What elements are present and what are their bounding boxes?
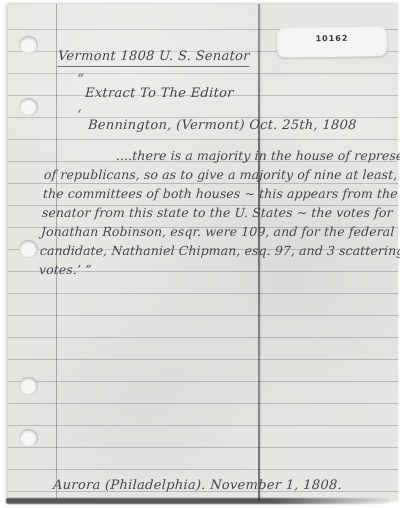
heading-dateline: Bennington, (Vermont) Oct. 25th, 1808 (88, 118, 357, 133)
page-bottom-edge-shadow (6, 498, 390, 504)
paragraph-line: ....there is a majority in the house of … (44, 146, 399, 165)
open-quote-mark: “ (77, 72, 85, 87)
notebook-page: 10162 Vermont 1808 U. S. Senator “ Extra… (8, 4, 398, 501)
paragraph-line: Jonathan Robinson, esqr. were 109, and f… (41, 222, 396, 241)
punch-hole (19, 377, 38, 395)
catalog-number: 10162 (315, 34, 348, 43)
paragraph-line: the committees of both houses ~ this app… (42, 184, 397, 203)
scanner-background: 10162 Vermont 1808 U. S. Senator “ Extra… (0, 0, 400, 508)
apostrophe-mark: ‘ (77, 108, 82, 123)
heading-title: Vermont 1808 U. S. Senator (58, 49, 251, 64)
paragraph-line: votes.’ ” (39, 260, 394, 279)
paragraph-line: candidate, Nathaniel Chipman, esq. 97, a… (40, 241, 395, 260)
punch-hole (19, 240, 38, 258)
paragraph-line: senator from this state to the U. States… (42, 203, 397, 222)
punch-hole (19, 36, 38, 54)
paragraph-line: of republicans, so as to give a majority… (43, 165, 398, 184)
extract-paragraph: ....there is a majority in the house of … (39, 146, 400, 279)
punch-hole (19, 429, 38, 447)
punch-hole (19, 98, 38, 116)
heading-subtitle: Extract To The Editor (85, 86, 234, 101)
heading-title-text: Vermont 1808 U. S. Senator (57, 49, 250, 67)
source-citation: Aurora (Philadelphia). November 1, 1808. (53, 478, 343, 493)
catalog-label: 10162 (277, 26, 387, 58)
